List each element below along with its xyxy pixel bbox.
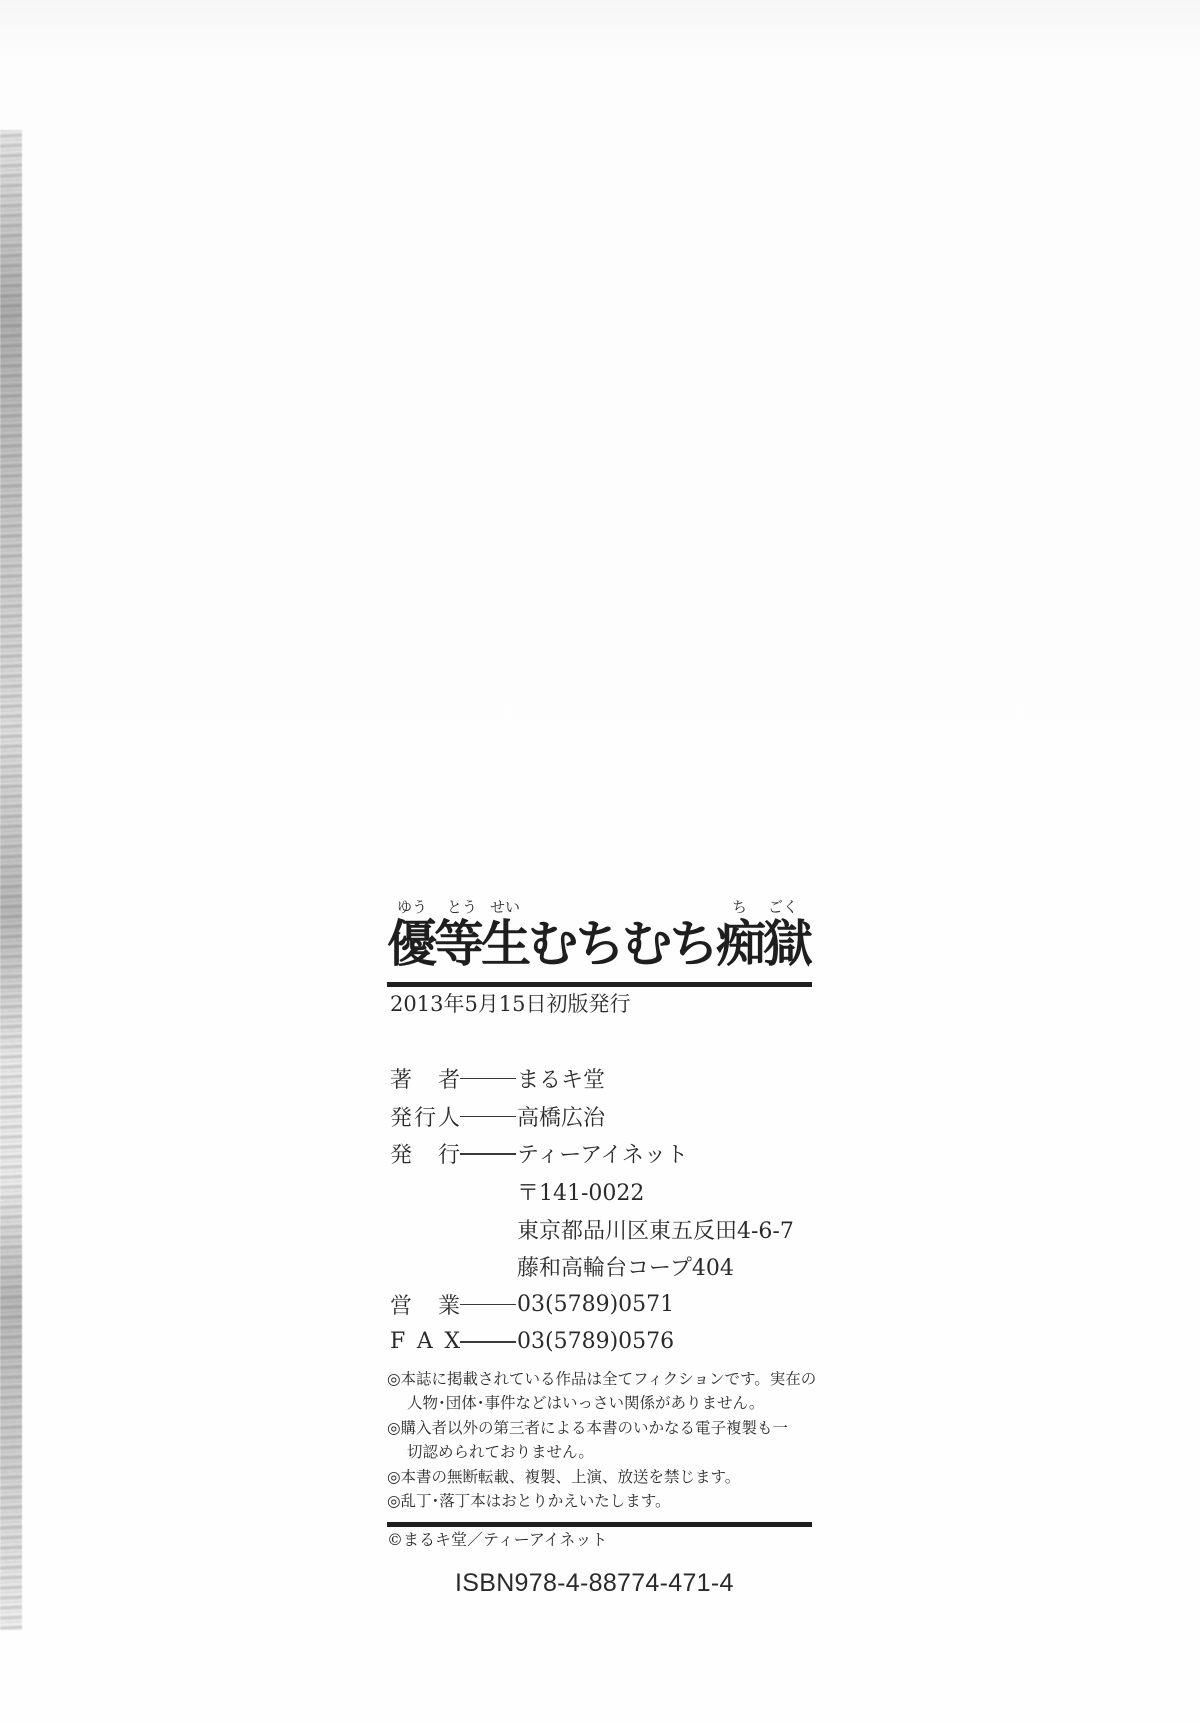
credit-row: 東京都品川区東五反田4-6-7	[390, 1210, 812, 1248]
credit-value: まるキ堂	[517, 1063, 605, 1094]
credit-label-char: A	[417, 1329, 433, 1354]
notice-text: ◎購入者以外の第三者による本書のいかなる電子複製も一	[387, 1419, 788, 1437]
edition-date: 2013年5月15日初版発行	[387, 990, 812, 1018]
credit-label: 著者	[390, 1063, 460, 1094]
title-rule	[387, 982, 812, 987]
notice-item: ◎乱丁･落丁本はおとりかえいたします。	[387, 1489, 812, 1514]
copyright-line: ©まるキ堂／ティーアイネット	[387, 1529, 812, 1551]
credit-row: FAX03(5789)0576	[390, 1323, 812, 1361]
notice-text: ◎本書の無断転載、複製、上演、放送を禁じます。	[387, 1468, 740, 1486]
notice-text: ◎本誌に掲載されている作品は全てフィクションです。実在の	[387, 1370, 816, 1388]
credit-label-char: 行	[438, 1138, 460, 1169]
credit-label: 発行	[390, 1138, 460, 1169]
credit-value: 藤和高輪台コープ404	[517, 1251, 734, 1282]
credit-dash	[460, 1304, 516, 1305]
credit-label: FAX	[390, 1329, 460, 1354]
title-furigana: ゆうとうせいちごく	[387, 895, 812, 919]
credit-label-char: X	[444, 1329, 460, 1354]
scan-edge-artifact	[0, 130, 22, 1630]
credit-label-char: F	[390, 1329, 405, 1354]
credit-value: 03(5789)0576	[517, 1329, 674, 1354]
credit-label-char: 発	[390, 1101, 412, 1132]
credits-list: 著者まるキ堂発行人高橋広治発行ティーアイネット〒141-0022東京都品川区東五…	[387, 1060, 812, 1361]
notice-item: ◎購入者以外の第三者による本書のいかなる電子複製も一切認められておりません。	[387, 1416, 812, 1465]
furigana-reading: ゆう	[397, 898, 427, 916]
credit-value: 03(5789)0571	[517, 1292, 674, 1317]
colophon-page: ゆうとうせいちごく 優等生むちむち痴獄 2013年5月15日初版発行 著者まるキ…	[0, 0, 1200, 1725]
isbn: ISBN978-4-88774-471-4	[387, 1568, 812, 1598]
notices-list: ◎本誌に掲載されている作品は全てフィクションです。実在の人物･団体･事件などはい…	[387, 1367, 812, 1514]
credit-row: 発行人高橋広治	[390, 1098, 812, 1136]
credit-value: 東京都品川区東五反田4-6-7	[517, 1214, 794, 1245]
credit-label-char: 者	[438, 1063, 460, 1094]
furigana-reading: とう	[447, 898, 477, 916]
credit-label-char: 業	[438, 1289, 460, 1320]
book-title: 優等生むちむち痴獄	[387, 917, 812, 971]
credit-row: 〒141-0022	[390, 1173, 812, 1211]
credit-label: 営業	[390, 1289, 460, 1320]
credit-value: 高橋広治	[517, 1101, 605, 1132]
credit-label-char: 営	[390, 1289, 412, 1320]
credit-label: 発行人	[390, 1101, 460, 1132]
notice-item: ◎本書の無断転載、複製、上演、放送を禁じます。	[387, 1465, 812, 1490]
credit-label-char: 発	[390, 1138, 412, 1169]
credit-row: 藤和高輪台コープ404	[390, 1248, 812, 1286]
credit-label-char: 著	[390, 1063, 412, 1094]
colophon-block: ゆうとうせいちごく 優等生むちむち痴獄 2013年5月15日初版発行 著者まるキ…	[387, 895, 812, 1598]
furigana-reading: ごく	[768, 898, 798, 916]
credit-dash	[460, 1078, 516, 1079]
credit-value: 〒141-0022	[517, 1176, 644, 1207]
bottom-rule	[387, 1522, 812, 1527]
credit-row: 著者まるキ堂	[390, 1060, 812, 1098]
notice-text-continued: 人物･団体･事件などはいっさい関係がありません。	[387, 1391, 812, 1416]
credit-row: 発行ティーアイネット	[390, 1135, 812, 1173]
notice-item: ◎本誌に掲載されている作品は全てフィクションです。実在の人物･団体･事件などはい…	[387, 1367, 812, 1416]
credit-label-char: 行	[414, 1101, 436, 1132]
credit-row: 営業03(5789)0571	[390, 1286, 812, 1324]
credit-dash	[460, 1341, 516, 1342]
credit-dash	[460, 1153, 516, 1154]
credit-dash	[460, 1116, 516, 1117]
notice-text: ◎乱丁･落丁本はおとりかえいたします。	[387, 1492, 671, 1510]
credit-value: ティーアイネット	[517, 1138, 688, 1169]
notice-text-continued: 切認められておりません。	[387, 1440, 812, 1465]
furigana-reading: せい	[490, 898, 520, 916]
furigana-reading: ち	[732, 898, 747, 916]
credit-label-char: 人	[438, 1101, 460, 1132]
